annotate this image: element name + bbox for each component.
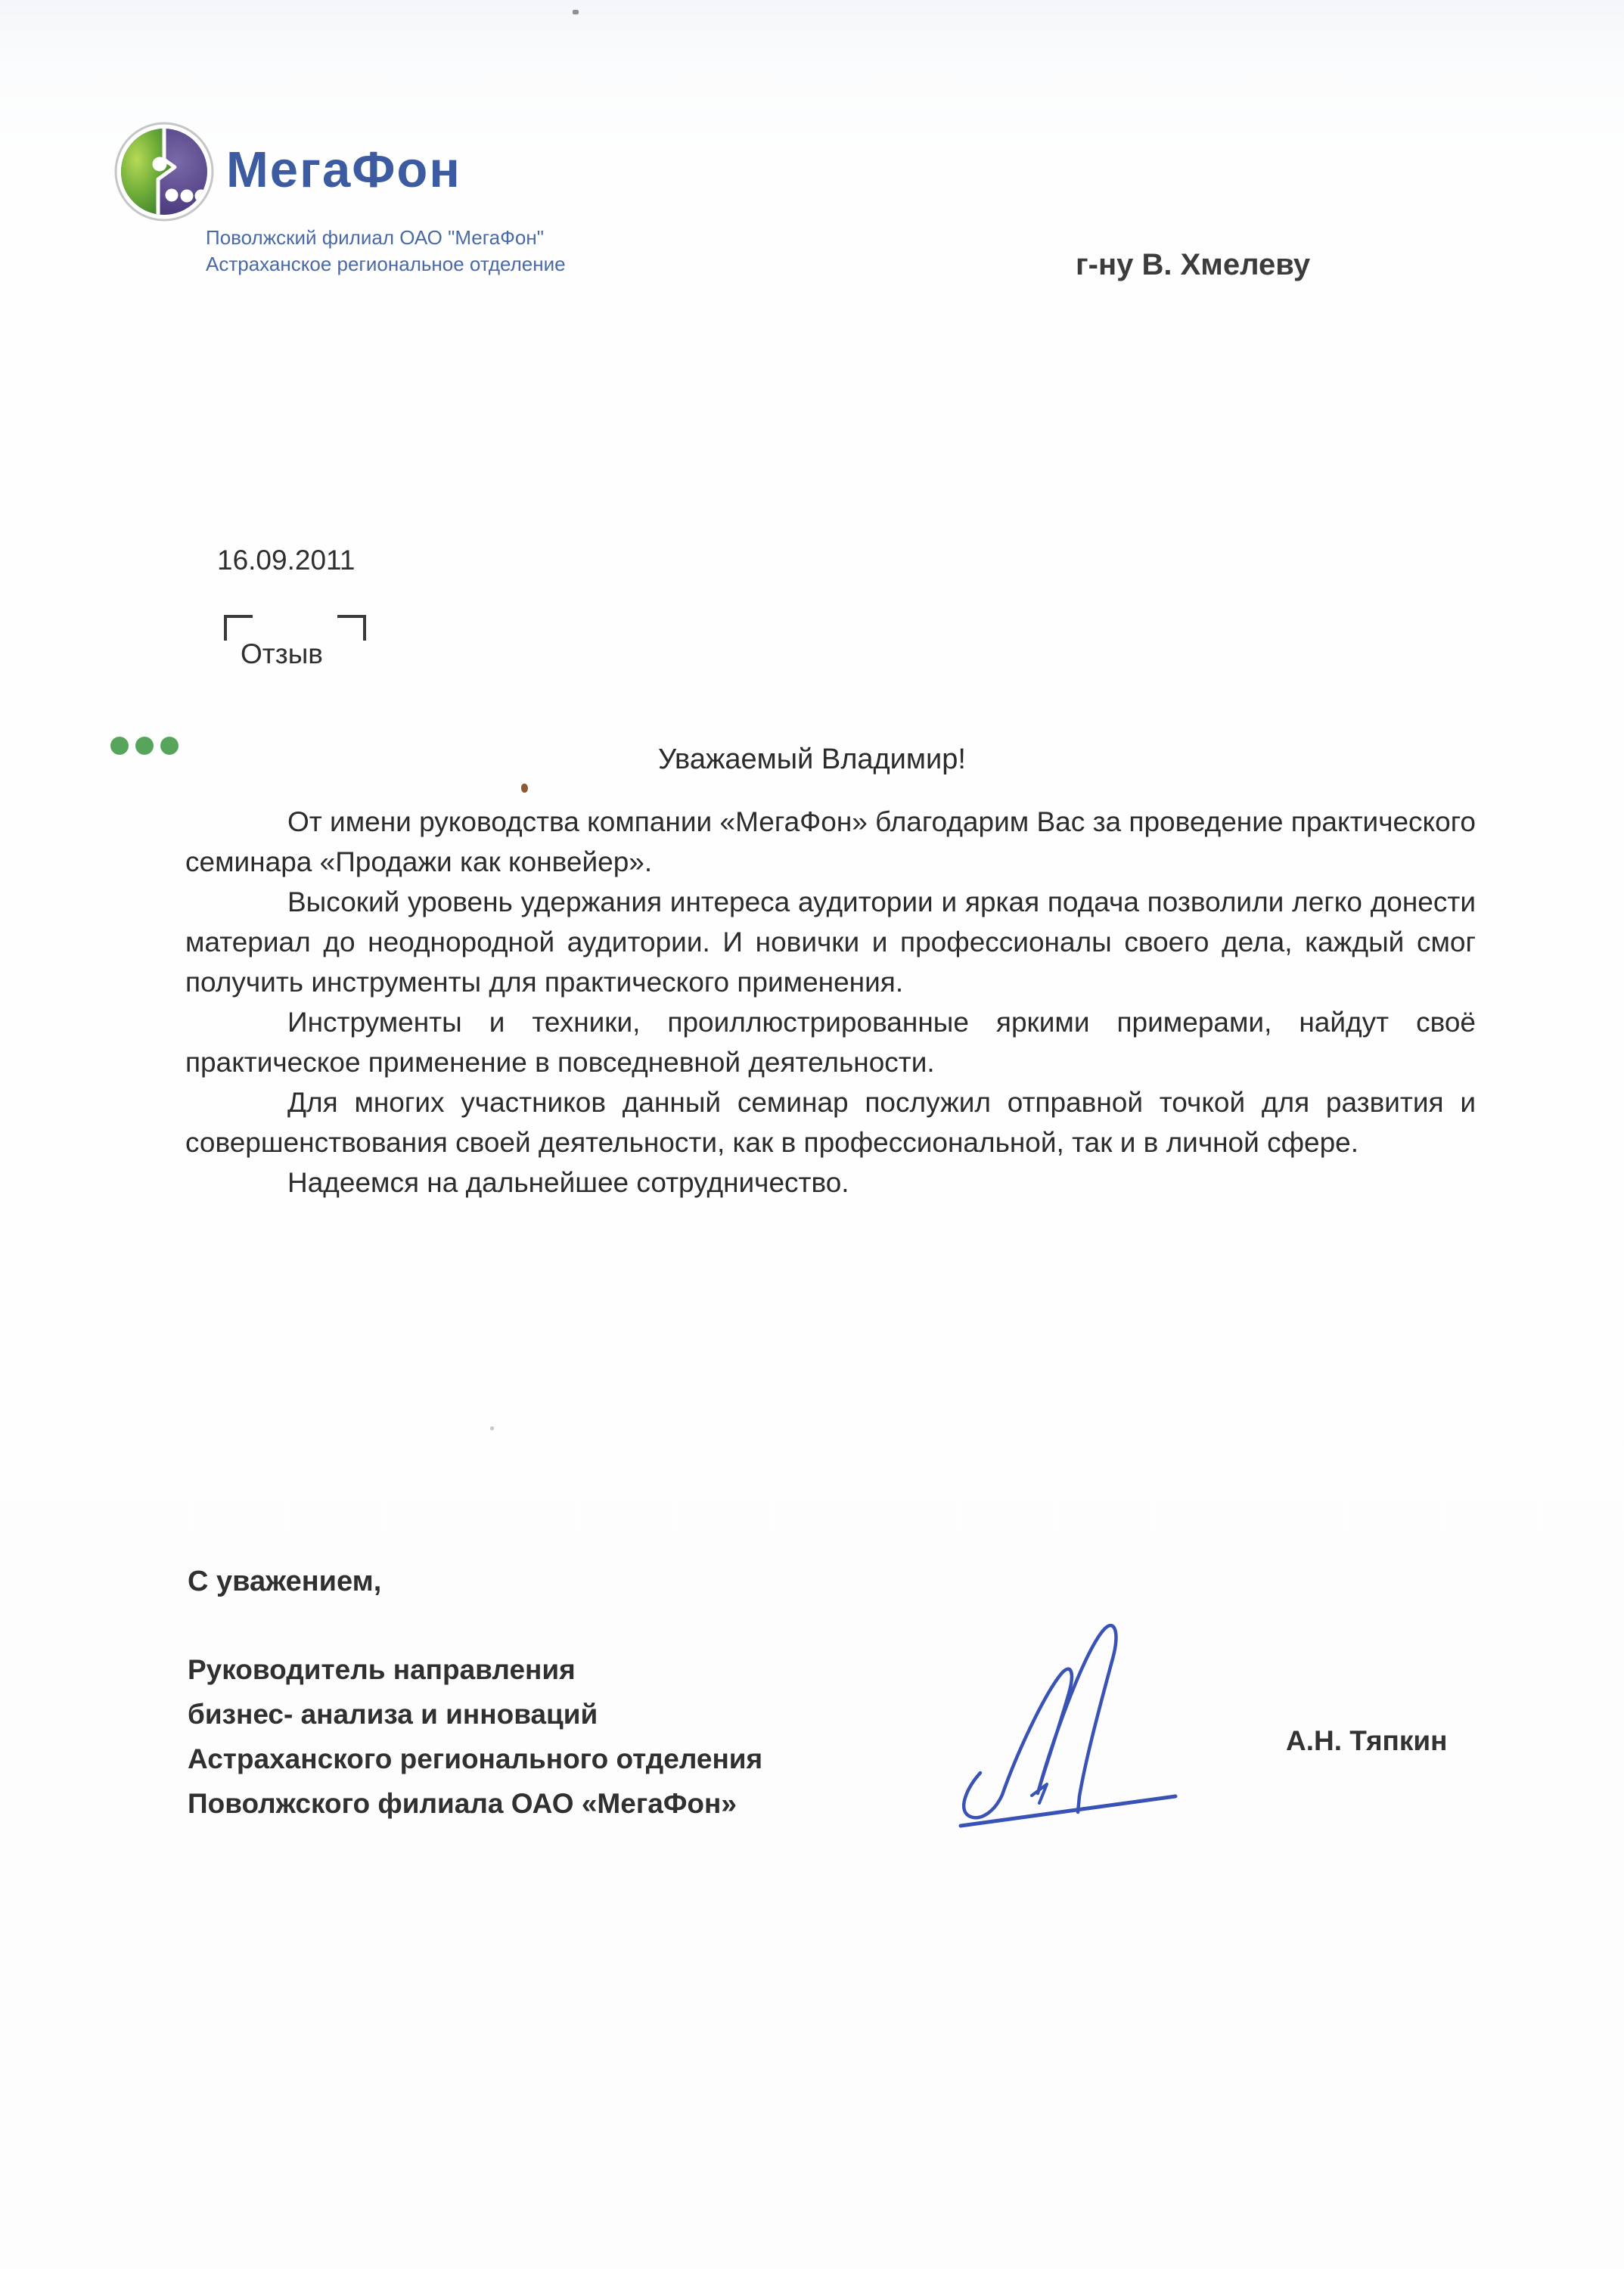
signer-title-block: Руководитель направлениябизнес- анализа …: [188, 1647, 762, 1826]
recipient-line: г-ну В. Хмелеву: [1076, 248, 1310, 282]
letter-paragraph: Высокий уровень удержания интереса аудит…: [185, 882, 1476, 1002]
handwritten-signature: [947, 1597, 1189, 1847]
scan-speck: [490, 1426, 494, 1430]
megafon-logo-icon: [113, 121, 215, 222]
letter-body: От имени руководства компании «МегаФон» …: [185, 802, 1476, 1203]
branch-line-1: Поволжский филиал ОАО "МегаФон": [206, 225, 566, 251]
signer-title-line: Астраханского регионального отделения: [188, 1737, 762, 1781]
doc-type-label: Отзыв: [241, 638, 323, 670]
signer-title-line: Руководитель направления: [188, 1647, 762, 1692]
corner-bracket-right: [337, 615, 366, 641]
closing-line: С уважением,: [188, 1566, 381, 1598]
signer-title-line: бизнес- анализа и инноваций: [188, 1692, 762, 1737]
scan-speck: [573, 10, 579, 14]
signer-title-line: Поволжского филиала ОАО «МегаФон»: [188, 1781, 762, 1826]
brand-wordmark: МегаФон: [226, 141, 461, 199]
salutation: Уважаемый Владимир!: [0, 743, 1624, 776]
letter-paragraph: Надеемся на дальнейшее сотрудничество.: [185, 1162, 1476, 1203]
corner-bracket-left: [224, 615, 253, 641]
scanned-letter-page: МегаФон Поволжский филиал ОАО "МегаФон" …: [0, 0, 1624, 2269]
signer-name: А.Н. Тяпкин: [1286, 1725, 1448, 1757]
letter-date: 16.09.2011: [217, 545, 355, 576]
letter-paragraph: От имени руководства компании «МегаФон» …: [185, 802, 1476, 882]
branch-lines: Поволжский филиал ОАО "МегаФон" Астрахан…: [206, 225, 566, 278]
letter-paragraph: Инструменты и техники, проиллюстрированн…: [185, 1002, 1476, 1082]
letter-paragraph: Для многих участников данный семинар пос…: [185, 1082, 1476, 1162]
branch-line-2: Астраханское региональное отделение: [206, 251, 566, 278]
scan-speck: [521, 784, 528, 793]
